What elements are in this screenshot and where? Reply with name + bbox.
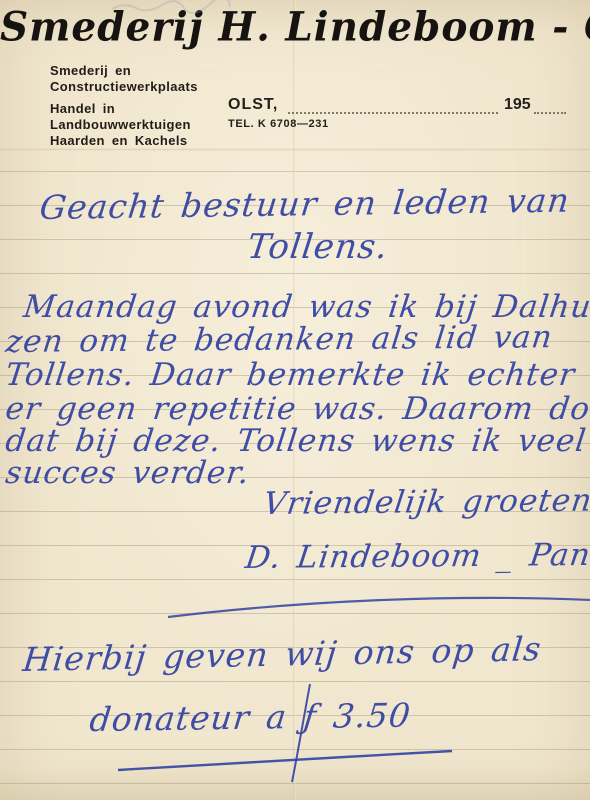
company-name: Smederij H. Lindeboom - Olst — [0, 3, 590, 51]
date-line: OLST, 195 — [228, 96, 568, 116]
service-line: Constructiewerkplaats — [50, 79, 198, 95]
body-line: er geen repetitie was. Daarom doe ik — [4, 391, 590, 427]
bottom-underline — [118, 751, 452, 770]
postscript-line-1: Hierbij geven wij ons op als — [21, 629, 544, 679]
body-line: dat bij deze. Tollens wens ik veel — [4, 423, 589, 459]
dotted-leader — [534, 109, 566, 114]
salutation-line-1: Geacht bestuur en leden van — [38, 181, 572, 227]
dotted-leader — [288, 109, 498, 114]
body-line: succes verder. — [4, 455, 252, 491]
signature: D. Lindeboom _ Pannekoek — [243, 536, 590, 576]
closing-line: Vriendelijk groetend — [261, 482, 590, 522]
separator-curve — [168, 598, 590, 617]
service-line: Handel in — [50, 101, 198, 117]
salutation-line-2: Tollens. — [245, 227, 390, 267]
service-line: Smederij en — [50, 63, 198, 79]
service-line: Haarden en Kachels — [50, 133, 198, 149]
year-prefix: 195 — [504, 96, 531, 114]
services-block: Smederij en Constructiewerkplaats Handel… — [50, 63, 198, 149]
phone-number: TEL. K 6708—231 — [228, 118, 329, 130]
service-line: Landbouwwerktuigen — [50, 117, 198, 133]
body-line: zen om te bedanken als lid van — [4, 319, 555, 360]
postscript-line-2: donateur a ƒ 3.50 — [88, 696, 413, 739]
body-line: Tollens. Daar bemerkte ik echter dat — [4, 357, 590, 393]
scanned-letter: Smederij H. Lindeboom - Olst Smederij en… — [0, 0, 590, 800]
place-label: OLST, — [228, 96, 278, 114]
